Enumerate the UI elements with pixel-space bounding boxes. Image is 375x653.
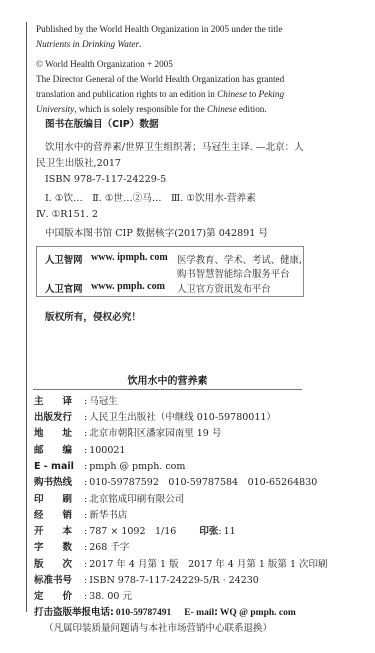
info-row-price: 定 价:38. 00 元	[34, 589, 132, 605]
notice-text: .	[139, 39, 141, 49]
info-row-word-count: 字 数:268 千字	[34, 540, 129, 556]
info-label: 版 次	[34, 557, 84, 573]
info-label: 出版发行	[34, 410, 84, 426]
info-label: 地 址	[34, 426, 84, 442]
quality-note: （凡属印装质量问题请与本社市场营销中心联系退换）	[44, 621, 272, 637]
english-publication-notice: Published by the World Health Organizati…	[36, 22, 314, 52]
info-value: 马冠生	[89, 396, 118, 407]
info-row-distributor: 经 销:新华书店	[34, 508, 127, 524]
info-value: 38. 00 元	[89, 591, 132, 602]
translation-rights-notice: The Director General of the World Health…	[36, 72, 314, 117]
cip-classification: Ⅳ. ①R151. 2	[36, 208, 98, 222]
rights-reserved: 版权所有，侵权必究！	[45, 311, 141, 325]
notice-text: Chinese	[207, 104, 237, 114]
notice-text: Published by the World Health Organizati…	[36, 24, 282, 34]
info-label: 标准书号	[34, 573, 84, 589]
website-url[interactable]: www. pmph. com	[91, 281, 165, 292]
info-label: 主 译	[34, 394, 84, 410]
info-label: 字 数	[34, 540, 84, 556]
info-label: E - mail	[34, 459, 84, 475]
info-label: 定 价	[34, 589, 84, 605]
info-row-edition: 版 次:2017 年 4 月第 1 版 2017 年 4 月第 1 版第 1 次…	[34, 557, 328, 573]
notice-text: to	[247, 89, 259, 99]
info-value: 787 × 1092 1/16	[89, 526, 176, 537]
piracy-email[interactable]: WQ @ pmph. com	[220, 608, 296, 618]
original-title: Nutrients in Drinking Water	[36, 39, 139, 49]
piracy-report-line: 打击盗版举报电话:010-59787491 E- mail:WQ @ pmph.…	[34, 605, 296, 621]
info-label: 开 本	[34, 524, 84, 540]
info-value: ISBN 978-7-117-24229-5/R · 24230	[89, 575, 259, 586]
cip-classification: Ⅰ. ①饮… Ⅱ. ①世…②马… Ⅲ. ①饮用水-营养素	[45, 192, 256, 206]
notice-text: edition.	[237, 104, 267, 114]
info-value: 11	[224, 526, 236, 537]
website-description: 人卫官方资讯发布平台	[177, 281, 271, 295]
website-name: 人卫智网	[45, 252, 83, 266]
book-title: 饮用水中的营养素	[33, 372, 302, 387]
info-value: 2017 年 4 月第 1 版 2017 年 4 月第 1 版第 1 次印刷	[89, 559, 327, 570]
info-value: 新华书店	[89, 510, 127, 521]
info-label: 邮 编	[34, 443, 84, 459]
info-value: 010-59787592 010-59787584 010-65264830	[89, 477, 317, 488]
info-value: 人民卫生出版社（中继线 010-59780011）	[89, 412, 276, 423]
info-row-isbn: 标准书号:ISBN 978-7-117-24229-5/R · 24230	[34, 573, 259, 589]
info-value[interactable]: pmph @ pmph. com	[89, 461, 185, 472]
piracy-label: 打击盗版举报电话	[34, 607, 110, 618]
cip-heading: 图书在版编目（CIP）数据	[45, 118, 159, 132]
info-row-email: E - mail:pmph @ pmph. com	[34, 459, 185, 475]
cip-isbn: ISBN 978-7-117-24229-5	[45, 173, 166, 187]
info-row-address: 地 址:北京市朝阳区潘家园南里 19 号	[34, 426, 221, 442]
info-row-hotline: 购书热线:010-59787592 010-59787584 010-65264…	[34, 475, 317, 491]
info-label: 经 销	[34, 508, 84, 524]
title-divider	[33, 389, 302, 390]
info-row-translator: 主 译:马冠生	[34, 394, 118, 410]
info-value: 268 千字	[89, 542, 129, 553]
notice-text: Chinese	[217, 89, 247, 99]
info-row-printer: 印 刷:北京铭成印刷有限公司	[34, 492, 184, 508]
website-url[interactable]: www. ipmph. com	[91, 252, 168, 263]
website-name: 人卫官网	[45, 281, 83, 295]
info-value: 100021	[89, 445, 125, 456]
cip-library-record: 中国版本图书馆 CIP 数据核字(2017)第 042891 号	[45, 227, 268, 241]
piracy-phone: 010-59787491	[116, 608, 171, 618]
notice-text: , which is solely responsible for the	[74, 104, 207, 114]
copyright-line: © World Health Organization + 2005	[36, 57, 314, 72]
info-value: 北京铭成印刷有限公司	[89, 494, 184, 505]
info-row-postcode: 邮 编:100021	[34, 443, 125, 459]
websites-box: 人卫智网 www. ipmph. com 医学教育、学术、考试、健康, 购书智慧…	[36, 246, 304, 297]
cip-line: 饮用水中的营养素/世界卫生组织著；马冠生主译. —北京：人	[45, 141, 304, 155]
cip-line: 民卫生出版社,2017	[36, 157, 121, 171]
info-label: 印张	[199, 526, 218, 537]
website-description: 购书智慧智能综合服务平台	[177, 266, 290, 280]
piracy-email-label: E- mail	[184, 608, 214, 618]
page-margin-rule	[26, 22, 27, 612]
info-value: 北京市朝阳区潘家园南里 19 号	[89, 428, 221, 439]
info-label: 购书热线	[34, 475, 84, 491]
website-description: 医学教育、学术、考试、健康,	[177, 252, 302, 266]
info-row-format: 开 本:787 × 1092 1/16 印张:11	[34, 524, 236, 540]
info-label: 印 刷	[34, 492, 84, 508]
info-row-publisher: 出版发行:人民卫生出版社（中继线 010-59780011）	[34, 410, 276, 426]
